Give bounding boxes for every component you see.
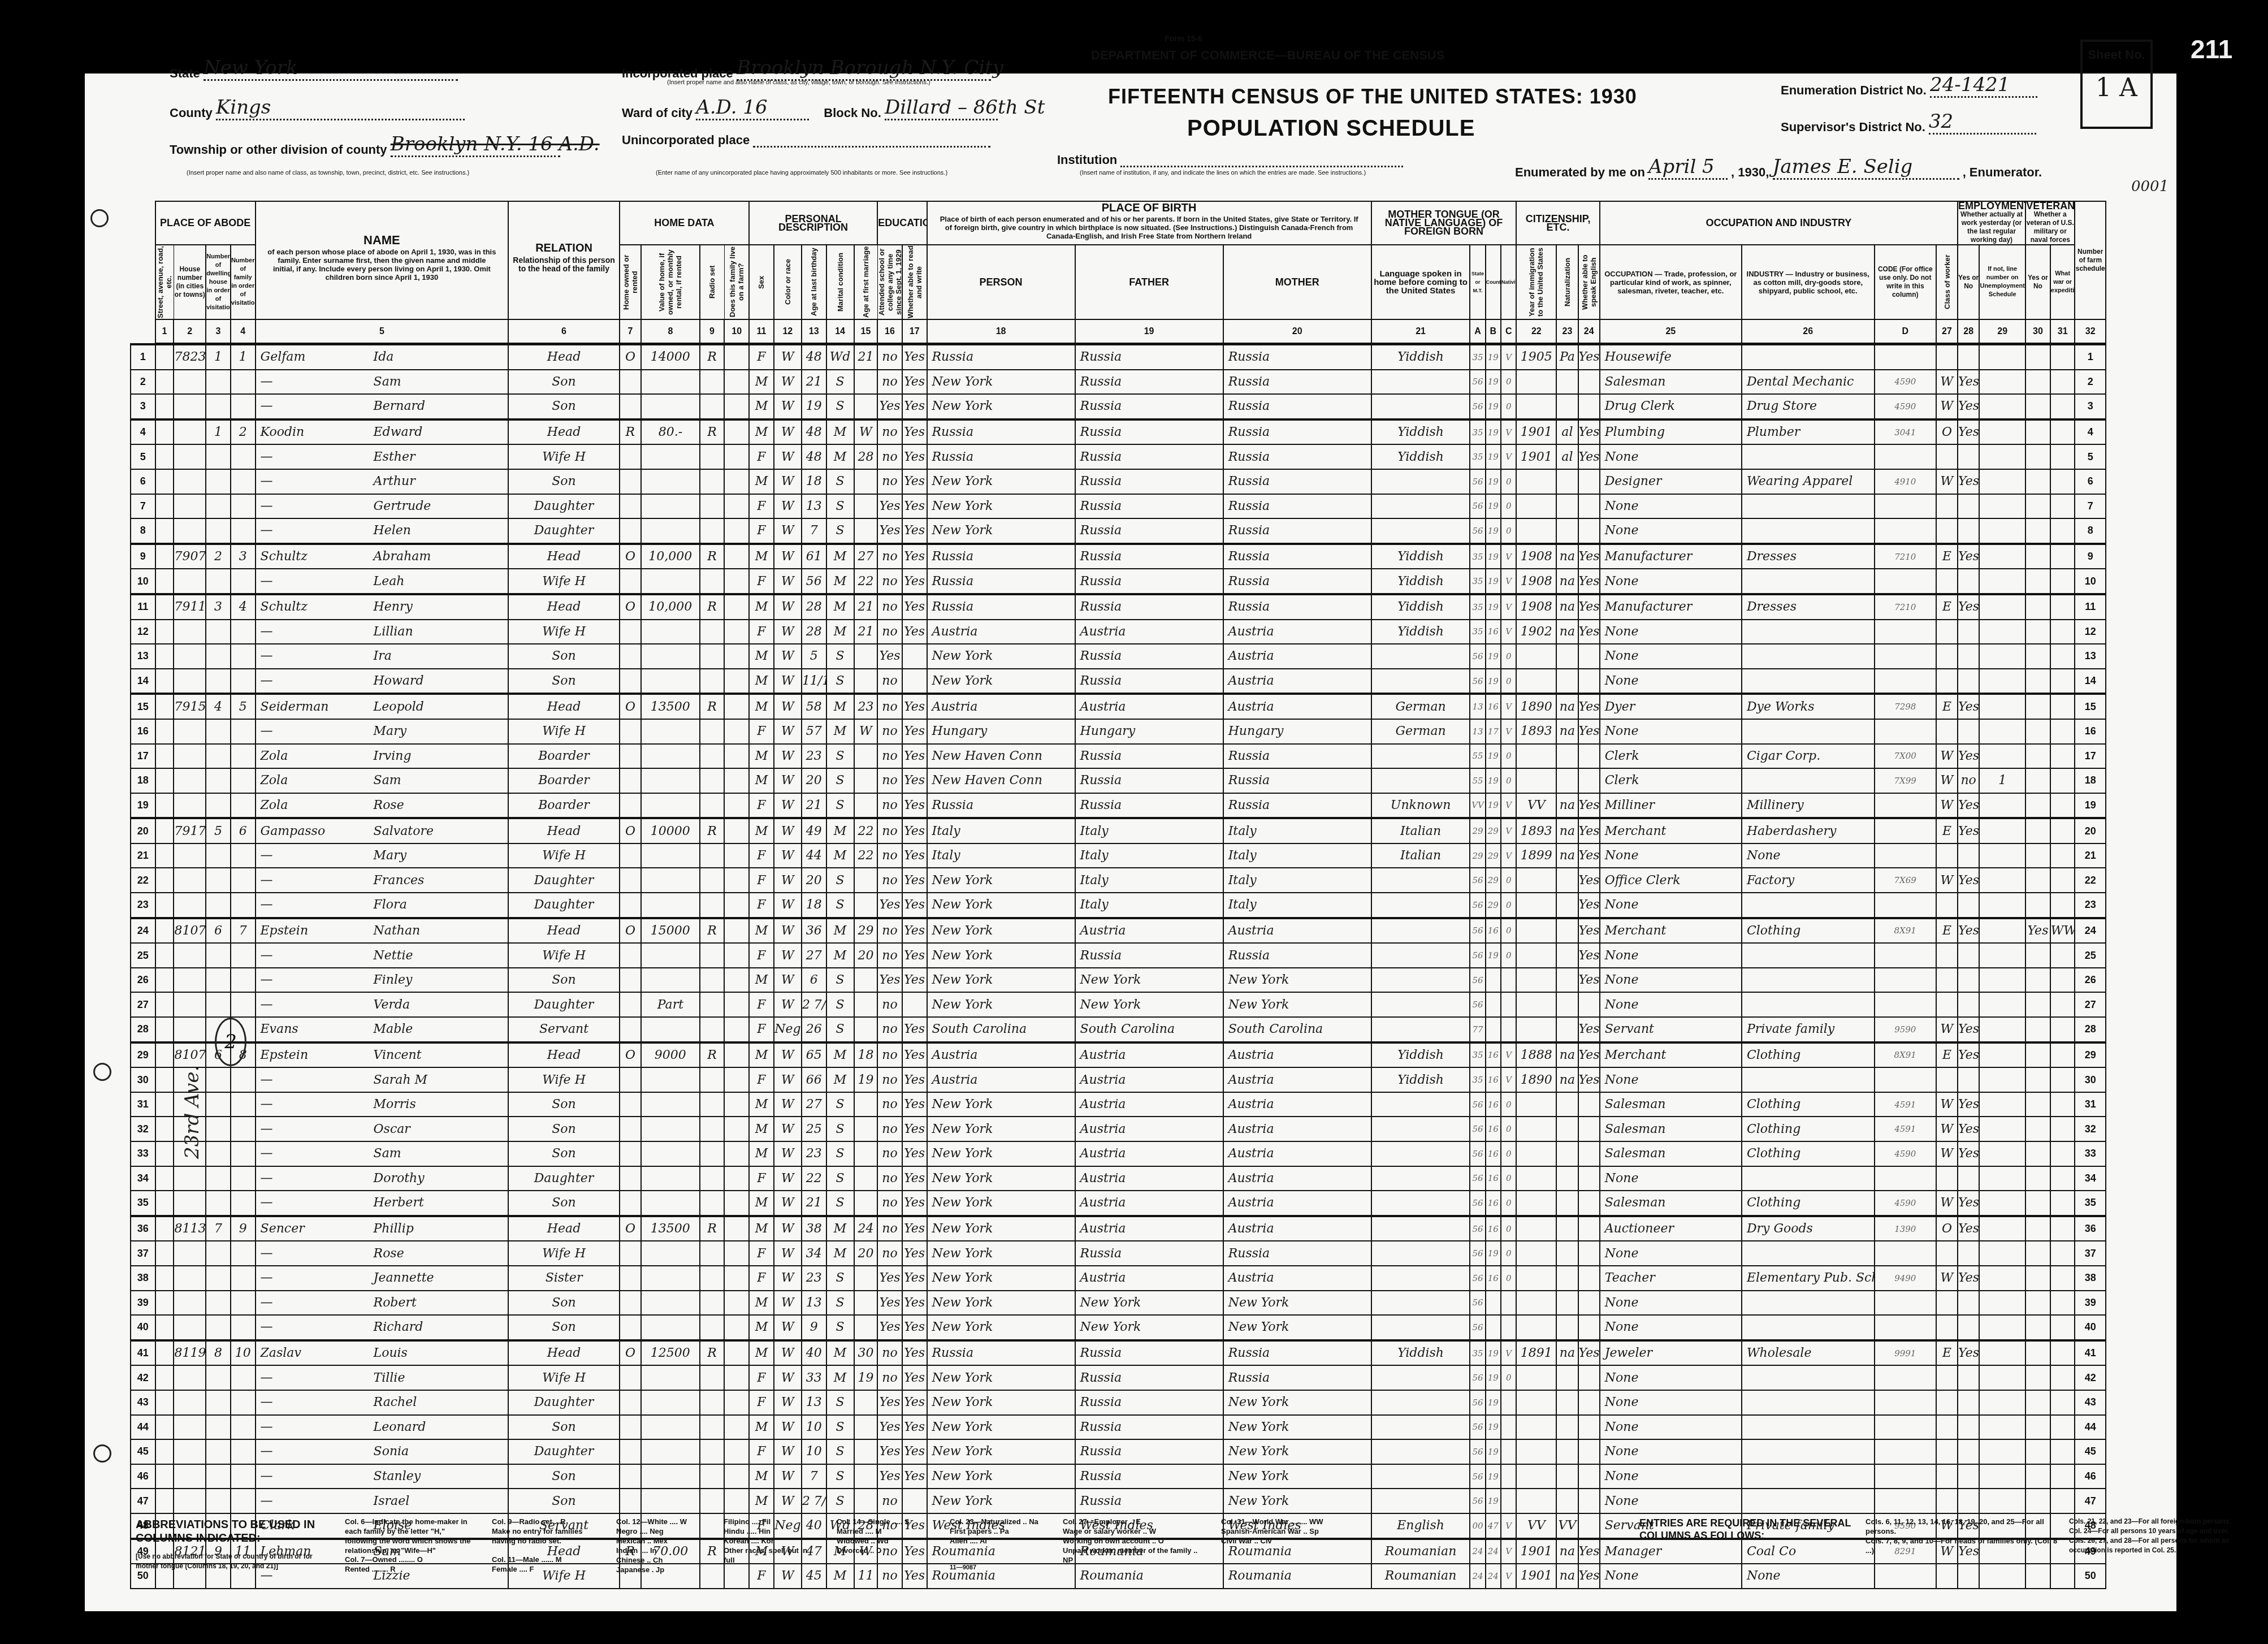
cell-industry xyxy=(1742,992,1875,1017)
cell-mother: Russia xyxy=(1223,544,1371,569)
cell-english: Yes xyxy=(1578,594,1600,620)
cell-codeA: 13 xyxy=(1470,719,1485,744)
cell-house xyxy=(174,394,206,419)
cell-family xyxy=(231,719,256,744)
cell-value: 80.- xyxy=(641,419,700,445)
cell-industry xyxy=(1742,444,1875,469)
cell-family xyxy=(231,868,256,893)
line-number: 26 xyxy=(131,968,155,993)
cell-immig xyxy=(1516,1464,1556,1489)
cell-codeC: 0 xyxy=(1501,1117,1516,1141)
cell-unemp xyxy=(1979,1141,2025,1166)
cell-english xyxy=(1578,1439,1600,1464)
cell-codeA: 56 xyxy=(1470,1365,1485,1390)
cell-industry: Clothing xyxy=(1742,1141,1875,1166)
cell-war xyxy=(2050,1291,2075,1316)
cell-unemp xyxy=(1979,518,2025,544)
surname: Evans xyxy=(261,1022,374,1036)
cell-farm xyxy=(724,594,749,620)
cell-value: 12500 xyxy=(641,1340,700,1366)
cell-codeB xyxy=(1486,992,1501,1017)
cell-relation: Wife H xyxy=(508,1241,620,1266)
cell-natur: na xyxy=(1556,694,1578,719)
cell-farm xyxy=(724,644,749,669)
cell-codeA: 56 xyxy=(1470,1092,1485,1117)
cell-farm xyxy=(724,992,749,1017)
table-row: 46—StanleySonMW7SYesYesNew YorkRussiaNew… xyxy=(131,1464,2131,1489)
cell-mother: Italy xyxy=(1223,818,1371,843)
cell-age-marr xyxy=(854,1315,878,1340)
cell-name: —Esther xyxy=(256,444,509,469)
cell-english xyxy=(1578,1141,1600,1166)
cell-codeB: 19 xyxy=(1486,494,1501,519)
cell-father: Russia xyxy=(1075,469,1223,494)
cell-work: Yes xyxy=(1958,544,1979,569)
sheet-number-box: Sheet No. 1 A xyxy=(2080,40,2153,129)
cell-father: Austria xyxy=(1075,918,1223,944)
cell-immig xyxy=(1516,394,1556,419)
cell-sex: M xyxy=(749,918,774,944)
cell-unemp xyxy=(1979,1464,2025,1489)
cell-english: Yes xyxy=(1578,1042,1600,1068)
cell-english xyxy=(1578,1291,1600,1316)
cell-immig: 1893 xyxy=(1516,719,1556,744)
cell-value xyxy=(641,1365,700,1390)
cell-vet xyxy=(2025,1291,2050,1316)
given-name: Israel xyxy=(374,1494,410,1508)
circled-mark: 2 xyxy=(215,1018,246,1066)
cell-radio xyxy=(700,394,725,419)
cell-radio: R xyxy=(700,1340,725,1366)
cell-family xyxy=(231,1439,256,1464)
cell-relation: Son xyxy=(508,469,620,494)
cell-house xyxy=(174,768,206,793)
cell-age: 57 xyxy=(802,719,826,744)
cell-unemp xyxy=(1979,1390,2025,1415)
cell-industry xyxy=(1742,768,1875,793)
cell-sex: F xyxy=(749,1365,774,1390)
cell-relation: Head xyxy=(508,544,620,569)
cell-english: Yes xyxy=(1578,1017,1600,1042)
cell-father: Austria xyxy=(1075,1092,1223,1117)
cell-value xyxy=(641,1266,700,1291)
cell-industry: Plumber xyxy=(1742,419,1875,445)
given-name: Stanley xyxy=(374,1469,421,1483)
cell-war xyxy=(2050,594,2075,620)
cell-tongue: Yiddish xyxy=(1371,1067,1470,1092)
cell-codeC: 0 xyxy=(1501,1266,1516,1291)
cell-natur xyxy=(1556,1315,1578,1340)
table-row: 11791134SchultzHenryHeadO10,000RMW28M21n… xyxy=(131,594,2131,620)
cell-codeA: 56 xyxy=(1470,992,1485,1017)
cell-family xyxy=(231,1315,256,1340)
cell-codeB: 19 xyxy=(1486,1464,1501,1489)
cell-school: no xyxy=(877,1067,902,1092)
given-name: Henry xyxy=(374,600,413,614)
cell-radio xyxy=(700,1365,725,1390)
cell-relation: Daughter xyxy=(508,1166,620,1191)
county-field: County Kings xyxy=(170,96,465,120)
cell-read xyxy=(902,1489,927,1513)
cell-marital: M xyxy=(826,1241,854,1266)
cell-father: Russia xyxy=(1075,419,1223,445)
cell-read: Yes xyxy=(902,1042,927,1068)
given-name: Sonia xyxy=(374,1444,409,1459)
education-header: EDUCATION xyxy=(877,201,927,245)
cell-house xyxy=(174,444,206,469)
cell-name: —Sam xyxy=(256,1141,509,1166)
cell-mother: Russia xyxy=(1223,744,1371,769)
cell-value xyxy=(641,968,700,993)
cell-age-marr xyxy=(854,1489,878,1513)
cell-name: —Morris xyxy=(256,1092,509,1117)
cell-mother: Russia xyxy=(1223,1340,1371,1366)
cell-sex: F xyxy=(749,793,774,819)
cell-unemp xyxy=(1979,992,2025,1017)
table-row: 34—DorothyDaughterFW22SnoYesNew YorkAust… xyxy=(131,1166,2131,1191)
surname: — xyxy=(261,1395,374,1409)
cell-radio xyxy=(700,1266,725,1291)
cell-codeA: 56 xyxy=(1470,1415,1485,1440)
cell-relation: Son xyxy=(508,1141,620,1166)
cell-value xyxy=(641,893,700,918)
cell-immig: 1908 xyxy=(1516,544,1556,569)
cell-mother: New York xyxy=(1223,1291,1371,1316)
cell-tongue xyxy=(1371,1489,1470,1513)
given-name: Gertrude xyxy=(374,499,431,513)
cell-work: Yes xyxy=(1958,918,1979,944)
cell-war xyxy=(2050,344,2075,370)
cell-birth: Russia xyxy=(927,444,1075,469)
cell-vet xyxy=(2025,1067,2050,1092)
cell-age-marr: 18 xyxy=(854,1042,878,1068)
cell-value xyxy=(641,1067,700,1092)
cell-marital: M xyxy=(826,594,854,620)
cell-radio xyxy=(700,1390,725,1415)
cell-age: 44 xyxy=(802,843,826,868)
line-number: 24 xyxy=(131,918,155,944)
cell-industry xyxy=(1742,943,1875,968)
incorporated-value: Brooklyn Borough N.Y. City xyxy=(737,57,1003,79)
cell-radio xyxy=(700,370,725,395)
cell-radio xyxy=(700,518,725,544)
line-number-right: 34 xyxy=(2075,1166,2106,1191)
cell-codeA: 56 xyxy=(1470,518,1485,544)
cell-english: Yes xyxy=(1578,544,1600,569)
surname: Zaslav xyxy=(261,1346,374,1360)
cell-work: Yes xyxy=(1958,1141,1979,1166)
cell-age: 13 xyxy=(802,494,826,519)
cell-race: W xyxy=(774,968,802,993)
cell-codeD: 4590 xyxy=(1875,1191,1936,1216)
cell-occupation: None xyxy=(1600,1166,1742,1191)
cell-school: no xyxy=(877,419,902,445)
cell-farm xyxy=(724,1464,749,1489)
cell-natur xyxy=(1556,1216,1578,1241)
cell-industry xyxy=(1742,1067,1875,1092)
cell-name: —Leonard xyxy=(256,1415,509,1440)
cell-name: —Nettie xyxy=(256,943,509,968)
cell-codeC: 0 xyxy=(1501,1191,1516,1216)
cell-family xyxy=(231,370,256,395)
cell-work xyxy=(1958,1464,1979,1489)
cell-street xyxy=(155,344,174,370)
cell-tongue: Yiddish xyxy=(1371,594,1470,620)
cell-codeA: 35 xyxy=(1470,344,1485,370)
cell-codeC: V xyxy=(1501,594,1516,620)
cell-codeD: 9991 xyxy=(1875,1340,1936,1366)
surname: — xyxy=(261,1073,374,1087)
cell-value xyxy=(641,843,700,868)
cell-value xyxy=(641,1390,700,1415)
cell-vet xyxy=(2025,544,2050,569)
cell-value xyxy=(641,1291,700,1316)
cell-family xyxy=(231,394,256,419)
cell-name: ZolaRose xyxy=(256,793,509,819)
cell-family xyxy=(231,1092,256,1117)
surname: — xyxy=(261,649,374,663)
cell-farm xyxy=(724,719,749,744)
cell-class: W xyxy=(1936,1092,1958,1117)
cell-class: W xyxy=(1936,793,1958,819)
given-name: Leonard xyxy=(374,1420,426,1434)
cell-unemp xyxy=(1979,968,2025,993)
cell-war xyxy=(2050,943,2075,968)
cell-owned xyxy=(620,992,641,1017)
cell-vet xyxy=(2025,793,2050,819)
cell-mother: Austria xyxy=(1223,1067,1371,1092)
line-number: 18 xyxy=(131,768,155,793)
surname: Zola xyxy=(261,798,374,812)
cell-read: Yes xyxy=(902,1117,927,1141)
cell-age: 33 xyxy=(802,1365,826,1390)
cell-age: 26 xyxy=(802,1017,826,1042)
cell-mother: Austria xyxy=(1223,1216,1371,1241)
cell-relation: Head xyxy=(508,344,620,370)
cell-immig xyxy=(1516,1315,1556,1340)
cell-occupation: None xyxy=(1600,620,1742,644)
cell-relation: Wife H xyxy=(508,444,620,469)
cell-english xyxy=(1578,1092,1600,1117)
surname: — xyxy=(261,674,374,688)
cell-age-marr xyxy=(854,1291,878,1316)
cell-radio: R xyxy=(700,818,725,843)
cell-read: Yes xyxy=(902,893,927,918)
cell-relation: Son xyxy=(508,1464,620,1489)
cell-father: Russia xyxy=(1075,494,1223,519)
surname: — xyxy=(261,724,374,738)
cell-codeD xyxy=(1875,620,1936,644)
cell-family: 9 xyxy=(231,1216,256,1241)
cell-house xyxy=(174,1439,206,1464)
cell-tongue xyxy=(1371,644,1470,669)
line-number: 41 xyxy=(131,1340,155,1366)
cell-mother: Russia xyxy=(1223,1241,1371,1266)
cell-tongue xyxy=(1371,768,1470,793)
cell-occupation: None xyxy=(1600,518,1742,544)
cell-war xyxy=(2050,370,2075,395)
cell-age: 27 xyxy=(802,1092,826,1117)
cell-relation: Boarder xyxy=(508,793,620,819)
cell-unemp xyxy=(1979,469,2025,494)
cell-marital: S xyxy=(826,518,854,544)
line-number-right: 41 xyxy=(2075,1340,2106,1366)
table-row: 44—LeonardSonMW10SYesYesNew YorkRussiaNe… xyxy=(131,1415,2131,1440)
cell-mother: Russia xyxy=(1223,943,1371,968)
cell-immig xyxy=(1516,1017,1556,1042)
cell-farm xyxy=(724,1042,749,1068)
cell-marital: S xyxy=(826,968,854,993)
cell-sex: M xyxy=(749,1489,774,1513)
cell-father: Russia xyxy=(1075,669,1223,694)
cell-house xyxy=(174,1489,206,1513)
cell-value xyxy=(641,943,700,968)
cell-age: 13 xyxy=(802,1390,826,1415)
cell-mother: Russia xyxy=(1223,1365,1371,1390)
cell-tongue: Yiddish xyxy=(1371,620,1470,644)
cell-class xyxy=(1936,843,1958,868)
line-number: 10 xyxy=(131,569,155,594)
table-row: 10—LeahWife HFW56M22noYesRussiaRussiaRus… xyxy=(131,569,2131,594)
cell-codeD: 3041 xyxy=(1875,419,1936,445)
cell-dwelling xyxy=(206,1439,231,1464)
cell-farm xyxy=(724,843,749,868)
cell-race: W xyxy=(774,744,802,769)
cell-farm xyxy=(724,1166,749,1191)
cell-war xyxy=(2050,843,2075,868)
cell-radio: R xyxy=(700,918,725,944)
cell-value xyxy=(641,669,700,694)
farm-schedule-header: Number of farm schedule xyxy=(2075,201,2106,319)
cell-occupation: Designer xyxy=(1600,469,1742,494)
cell-family: 2 xyxy=(231,419,256,445)
cell-age-marr xyxy=(854,1017,878,1042)
cell-codeB: 19 xyxy=(1486,518,1501,544)
cell-street xyxy=(155,1117,174,1141)
cell-industry: Wholesale xyxy=(1742,1340,1875,1366)
line-number-right: 30 xyxy=(2075,1067,2106,1092)
cell-street xyxy=(155,669,174,694)
table-row: 1782311GelfamIdaHeadO14000RFW48Wd21noYes… xyxy=(131,344,2131,370)
given-name: Mary xyxy=(374,849,407,863)
cell-war xyxy=(2050,620,2075,644)
cell-immig xyxy=(1516,1415,1556,1440)
cell-mother: Italy xyxy=(1223,868,1371,893)
cell-codeC: V xyxy=(1501,843,1516,868)
cell-sex: M xyxy=(749,1141,774,1166)
cell-vet xyxy=(2025,644,2050,669)
cell-birth: Italy xyxy=(927,843,1075,868)
cell-house xyxy=(174,1415,206,1440)
cell-age-marr: 29 xyxy=(854,918,878,944)
cell-dwelling xyxy=(206,992,231,1017)
line-number: 45 xyxy=(131,1439,155,1464)
cell-farm xyxy=(724,569,749,594)
cell-class: E xyxy=(1936,594,1958,620)
cell-name: —Stanley xyxy=(256,1464,509,1489)
cell-birth: Hungary xyxy=(927,719,1075,744)
cell-industry xyxy=(1742,1291,1875,1316)
cell-dwelling: 8 xyxy=(206,1340,231,1366)
cell-street xyxy=(155,394,174,419)
cell-english: Yes xyxy=(1578,943,1600,968)
cell-natur xyxy=(1556,1291,1578,1316)
cell-age: 7 xyxy=(802,1464,826,1489)
cell-sex: F xyxy=(749,1241,774,1266)
cell-farm xyxy=(724,494,749,519)
cell-codeC: 0 xyxy=(1501,1166,1516,1191)
cell-vet xyxy=(2025,893,2050,918)
cell-english: Yes xyxy=(1578,893,1600,918)
cell-class xyxy=(1936,1390,1958,1415)
line-number: 37 xyxy=(131,1241,155,1266)
table-row: 8—HelenDaughterFW7SYesYesNew YorkRussiaR… xyxy=(131,518,2131,544)
cell-street xyxy=(155,992,174,1017)
cell-occupation: Manufacturer xyxy=(1600,544,1742,569)
cell-school: Yes xyxy=(877,494,902,519)
census-rows: 1782311GelfamIdaHeadO14000RFW48Wd21noYes… xyxy=(131,344,2131,1589)
cell-family xyxy=(231,1166,256,1191)
cell-birth: New York xyxy=(927,1489,1075,1513)
cell-occupation: None xyxy=(1600,494,1742,519)
cell-school: no xyxy=(877,569,902,594)
cell-english: Yes xyxy=(1578,1340,1600,1366)
cell-age: 23 xyxy=(802,744,826,769)
cell-occupation: Clerk xyxy=(1600,768,1742,793)
cell-family: 10 xyxy=(231,1340,256,1366)
cell-occupation: None xyxy=(1600,1390,1742,1415)
cell-dwelling: 1 xyxy=(206,419,231,445)
cell-dwelling: 1 xyxy=(206,344,231,370)
cell-class: E xyxy=(1936,918,1958,944)
cell-radio xyxy=(700,1141,725,1166)
cell-school: no xyxy=(877,843,902,868)
cell-dwelling xyxy=(206,1241,231,1266)
cell-school: no xyxy=(877,1166,902,1191)
cell-codeA: 56 xyxy=(1470,1315,1485,1340)
cell-family xyxy=(231,669,256,694)
cell-marital: M xyxy=(826,544,854,569)
cell-relation: Wife H xyxy=(508,843,620,868)
cell-codeB: 16 xyxy=(1486,1042,1501,1068)
cell-age: 34 xyxy=(802,1241,826,1266)
cell-read: Yes xyxy=(902,370,927,395)
binder-hole xyxy=(93,1063,111,1081)
cell-codeB: 16 xyxy=(1486,694,1501,719)
given-name: Howard xyxy=(374,674,424,688)
cell-owned xyxy=(620,1017,641,1042)
cell-natur: na xyxy=(1556,1067,1578,1092)
cell-house: 7915 xyxy=(174,694,206,719)
cell-english: Yes xyxy=(1578,868,1600,893)
cell-age: 21 xyxy=(802,370,826,395)
cell-race: W xyxy=(774,1266,802,1291)
cell-immig: 1899 xyxy=(1516,843,1556,868)
cell-birth: New York xyxy=(927,893,1075,918)
line-number: 42 xyxy=(131,1365,155,1390)
cell-birth: New York xyxy=(927,1415,1075,1440)
cell-owned xyxy=(620,1241,641,1266)
line-number: 7 xyxy=(131,494,155,519)
cell-vet xyxy=(2025,1241,2050,1266)
cell-birth: South Carolina xyxy=(927,1017,1075,1042)
surname: Schultz xyxy=(261,550,374,564)
cell-age: 23 xyxy=(802,1141,826,1166)
cell-immig xyxy=(1516,768,1556,793)
cell-codeC: 0 xyxy=(1501,644,1516,669)
cell-family xyxy=(231,569,256,594)
cell-codeA: 35 xyxy=(1470,419,1485,445)
